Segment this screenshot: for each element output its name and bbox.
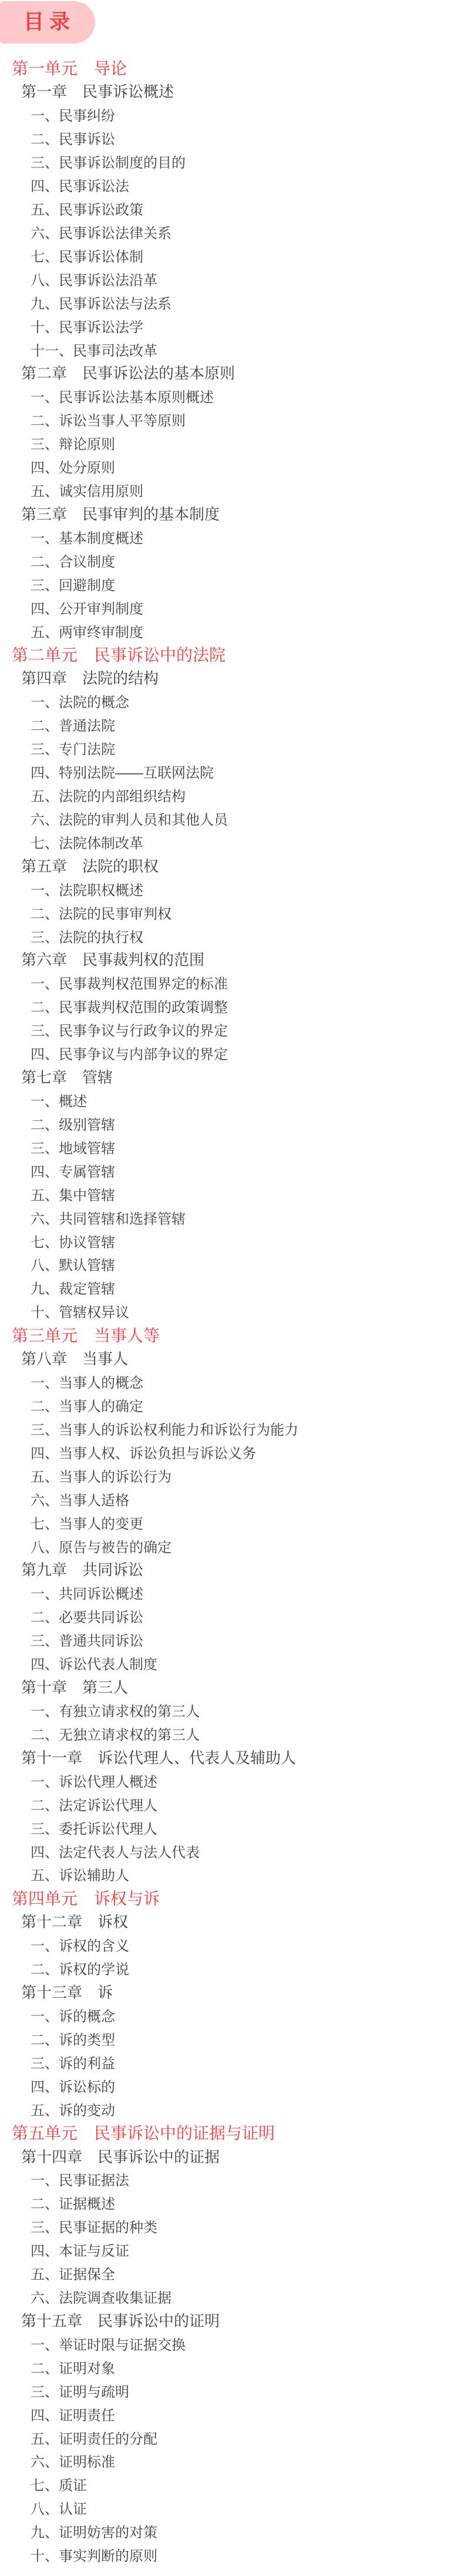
toc-item: 二、诉的类型 xyxy=(0,2026,464,2050)
toc-item: 九、裁定管辖 xyxy=(0,1276,464,1299)
toc-item: 三、委托诉讼代理人 xyxy=(0,1815,464,1839)
toc-item: 六、法院的审判人员和其他人员 xyxy=(0,807,464,830)
toc-item: 一、民事证据法 xyxy=(0,2168,464,2191)
chapter-heading: 第十四章 民事诉讼中的证据 xyxy=(0,2144,464,2168)
toc-item: 八、民事诉讼法沿革 xyxy=(0,267,464,290)
toc-item: 八、原告与被告的确定 xyxy=(0,1534,464,1557)
toc-item: 一、诉讼代理人概述 xyxy=(0,1768,464,1792)
toc-item: 四、公开审判制度 xyxy=(0,595,464,619)
toc-item: 七、民事诉讼体制 xyxy=(0,243,464,267)
toc-item: 四、特别法院——互联网法院 xyxy=(0,760,464,783)
chapter-heading: 第十一章 诉讼代理人、代表人及辅助人 xyxy=(0,1745,464,1768)
chapter-heading: 第十三章 诉 xyxy=(0,1980,464,2004)
toc-item: 三、法院的执行权 xyxy=(0,924,464,947)
toc-item: 五、法院的内部组织结构 xyxy=(0,783,464,807)
toc-item: 二、当事人的确定 xyxy=(0,1393,464,1417)
toc-item: 三、当事人的诉讼权利能力和诉讼行为能力 xyxy=(0,1416,464,1440)
chapter-heading: 第一章 民事诉讼概述 xyxy=(0,79,464,103)
toc-item: 五、当事人的诉讼行为 xyxy=(0,1463,464,1487)
toc-item: 一、诉权的含义 xyxy=(0,1933,464,1957)
toc-item: 一、有独立请求权的第三人 xyxy=(0,1699,464,1722)
toc-item: 五、民事诉讼政策 xyxy=(0,197,464,220)
toc-item: 四、民事争议与内部争议的界定 xyxy=(0,1041,464,1065)
toc-item: 七、协议管辖 xyxy=(0,1229,464,1252)
toc-item: 三、民事诉讼制度的目的 xyxy=(0,150,464,173)
toc-item: 四、证明责任 xyxy=(0,2402,464,2426)
toc-list: 第一单元 导论第一章 民事诉讼概述一、民事纠纷二、民事诉讼三、民事诉讼制度的目的… xyxy=(0,56,464,2567)
chapter-heading: 第二章 民事诉讼法的基本原则 xyxy=(0,361,464,384)
toc-item: 三、诉的利益 xyxy=(0,2050,464,2073)
toc-item: 五、诉讼辅助人 xyxy=(0,1863,464,1886)
toc-item: 三、证明与疏明 xyxy=(0,2379,464,2402)
toc-item: 二、民事诉讼 xyxy=(0,126,464,150)
toc-item: 二、法院的民事审判权 xyxy=(0,900,464,924)
toc-item: 十、事实判断的原则 xyxy=(0,2543,464,2567)
toc-item: 一、民事裁判权范围界定的标准 xyxy=(0,971,464,994)
toc-item: 四、民事诉讼法 xyxy=(0,173,464,197)
toc-item: 三、民事证据的种类 xyxy=(0,2215,464,2238)
chapter-heading: 第五章 法院的职权 xyxy=(0,853,464,877)
toc-item: 一、诉的概念 xyxy=(0,2004,464,2027)
toc-item: 八、认证 xyxy=(0,2496,464,2520)
chapter-heading: 第十二章 诉权 xyxy=(0,1910,464,1933)
toc-item: 二、诉权的学说 xyxy=(0,1957,464,1980)
toc-item: 六、当事人适格 xyxy=(0,1487,464,1510)
toc-item: 二、合议制度 xyxy=(0,548,464,572)
toc-item: 五、诚实信用原则 xyxy=(0,478,464,502)
toc-item: 十、管辖权异议 xyxy=(0,1299,464,1323)
toc-item: 十一、民事司法改革 xyxy=(0,337,464,361)
toc-item: 一、法院职权概述 xyxy=(0,877,464,900)
toc-title-badge: 目录 xyxy=(0,1,95,43)
unit-heading: 第三单元 当事人等 xyxy=(0,1323,464,1346)
unit-heading: 第一单元 导论 xyxy=(0,56,464,79)
unit-heading: 第二单元 民事诉讼中的法院 xyxy=(0,642,464,666)
toc-item: 四、专属管辖 xyxy=(0,1158,464,1182)
toc-item: 九、民事诉讼法与法系 xyxy=(0,290,464,314)
toc-item: 六、民事诉讼法律关系 xyxy=(0,220,464,243)
toc-item: 四、法定代表人与法人代表 xyxy=(0,1839,464,1863)
toc-item: 三、专门法院 xyxy=(0,736,464,760)
chapter-heading: 第三章 民事审判的基本制度 xyxy=(0,502,464,525)
page-header: 目录 xyxy=(0,0,464,43)
toc-item: 三、回避制度 xyxy=(0,572,464,595)
toc-item: 三、普通共同诉讼 xyxy=(0,1628,464,1652)
toc-item: 三、民事争议与行政争议的界定 xyxy=(0,1018,464,1041)
chapter-heading: 第八章 当事人 xyxy=(0,1346,464,1370)
toc-item: 二、普通法院 xyxy=(0,713,464,736)
toc-item: 一、概述 xyxy=(0,1088,464,1112)
toc-item: 四、诉讼代表人制度 xyxy=(0,1652,464,1675)
chapter-heading: 第七章 管辖 xyxy=(0,1065,464,1088)
toc-page: 目录 第一单元 导论第一章 民事诉讼概述一、民事纠纷二、民事诉讼三、民事诉讼制度… xyxy=(0,0,464,2576)
toc-item: 七、法院体制改革 xyxy=(0,830,464,853)
toc-item: 一、民事诉讼法基本原则概述 xyxy=(0,384,464,408)
toc-item: 六、证明标准 xyxy=(0,2449,464,2473)
toc-item: 三、辩论原则 xyxy=(0,431,464,455)
toc-item: 六、共同管辖和选择管辖 xyxy=(0,1205,464,1229)
chapter-heading: 第六章 民事裁判权的范围 xyxy=(0,947,464,971)
toc-item: 四、处分原则 xyxy=(0,455,464,478)
toc-item: 二、法定诉讼代理人 xyxy=(0,1792,464,1815)
toc-item: 四、诉讼标的 xyxy=(0,2073,464,2097)
toc-item: 一、共同诉讼概述 xyxy=(0,1581,464,1604)
chapter-heading: 第十章 第三人 xyxy=(0,1675,464,1699)
unit-heading: 第四单元 诉权与诉 xyxy=(0,1886,464,1910)
toc-item: 七、质证 xyxy=(0,2473,464,2496)
toc-item: 二、民事裁判权范围的政策调整 xyxy=(0,994,464,1018)
unit-heading: 第五单元 民事诉讼中的证据与证明 xyxy=(0,2121,464,2144)
toc-item: 一、法院的概念 xyxy=(0,689,464,713)
chapter-heading: 第四章 法院的结构 xyxy=(0,666,464,689)
toc-item: 五、两审终审制度 xyxy=(0,619,464,642)
toc-item: 八、默认管辖 xyxy=(0,1252,464,1276)
toc-item: 三、地域管辖 xyxy=(0,1135,464,1158)
chapter-heading: 第十五章 民事诉讼中的证明 xyxy=(0,2309,464,2332)
toc-item: 二、证据概述 xyxy=(0,2191,464,2215)
toc-item: 一、民事纠纷 xyxy=(0,103,464,126)
toc-item: 九、证明妨害的对策 xyxy=(0,2520,464,2543)
toc-item: 七、当事人的变更 xyxy=(0,1510,464,1534)
toc-item: 五、集中管辖 xyxy=(0,1182,464,1205)
toc-item: 二、必要共同诉讼 xyxy=(0,1604,464,1628)
toc-item: 五、诉的变动 xyxy=(0,2097,464,2121)
toc-item: 二、级别管辖 xyxy=(0,1111,464,1135)
toc-item: 十、民事诉讼法学 xyxy=(0,314,464,337)
toc-item: 五、证明责任的分配 xyxy=(0,2426,464,2449)
toc-item: 二、诉讼当事人平等原则 xyxy=(0,408,464,431)
toc-item: 六、法院调查收集证据 xyxy=(0,2285,464,2309)
toc-item: 一、举证时限与证据交换 xyxy=(0,2332,464,2355)
toc-item: 五、证据保全 xyxy=(0,2262,464,2285)
toc-item: 四、当事人权、诉讼负担与诉讼义务 xyxy=(0,1440,464,1463)
chapter-heading: 第九章 共同诉讼 xyxy=(0,1557,464,1581)
toc-item: 一、基本制度概述 xyxy=(0,525,464,548)
toc-item: 二、无独立请求权的第三人 xyxy=(0,1721,464,1745)
toc-item: 一、当事人的概念 xyxy=(0,1370,464,1393)
toc-item: 二、证明对象 xyxy=(0,2355,464,2379)
toc-item: 四、本证与反证 xyxy=(0,2238,464,2262)
